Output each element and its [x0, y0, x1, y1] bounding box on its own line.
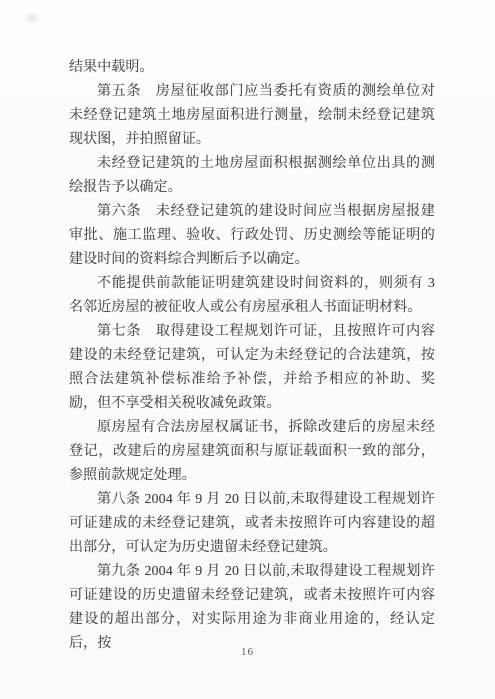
page-number: 16 [0, 646, 495, 658]
paragraph-article-6-clause-2: 不能提供前款能证明建筑建设时间资料的，则须有 3 名邻近房屋的被征收人或公有房屋… [69, 272, 435, 320]
paragraph-article-7-clause-2: 原房屋有合法房屋权属证书，拆除改建后的房屋未经登记，改建后的房屋建筑面积与原证载… [69, 416, 435, 488]
paragraph-article-5: 第五条 房屋征收部门应当委托有资质的测绘单位对未经登记建筑土地房屋面积进行测量，… [69, 80, 435, 152]
paragraph-continuation: 结果中载明。 [69, 56, 435, 80]
document-body: 结果中载明。 第五条 房屋征收部门应当委托有资质的测绘单位对未经登记建筑土地房屋… [69, 56, 435, 656]
paragraph-article-9: 第九条 2004 年 9 月 20 日以前,未取得建设工程规划许可证建设的历史遗… [69, 560, 435, 656]
scan-smudge [27, 15, 37, 21]
paragraph-article-8: 第八条 2004 年 9 月 20 日以前,未取得建设工程规划许可证建成的未经登… [69, 488, 435, 560]
scanned-document-page: 结果中载明。 第五条 房屋征收部门应当委托有资质的测绘单位对未经登记建筑土地房屋… [0, 0, 495, 699]
paragraph-article-6: 第六条 未经登记建筑的建设时间应当根据房屋报建审批、施工监理、验收、行政处罚、历… [69, 200, 435, 272]
paragraph-article-5-clause-2: 未经登记建筑的土地房屋面积根据测绘单位出具的测绘报告予以确定。 [69, 152, 435, 200]
paragraph-article-7: 第七条 取得建设工程规划许可证，且按照许可内容建设的未经登记建筑，可认定为未经登… [69, 320, 435, 416]
